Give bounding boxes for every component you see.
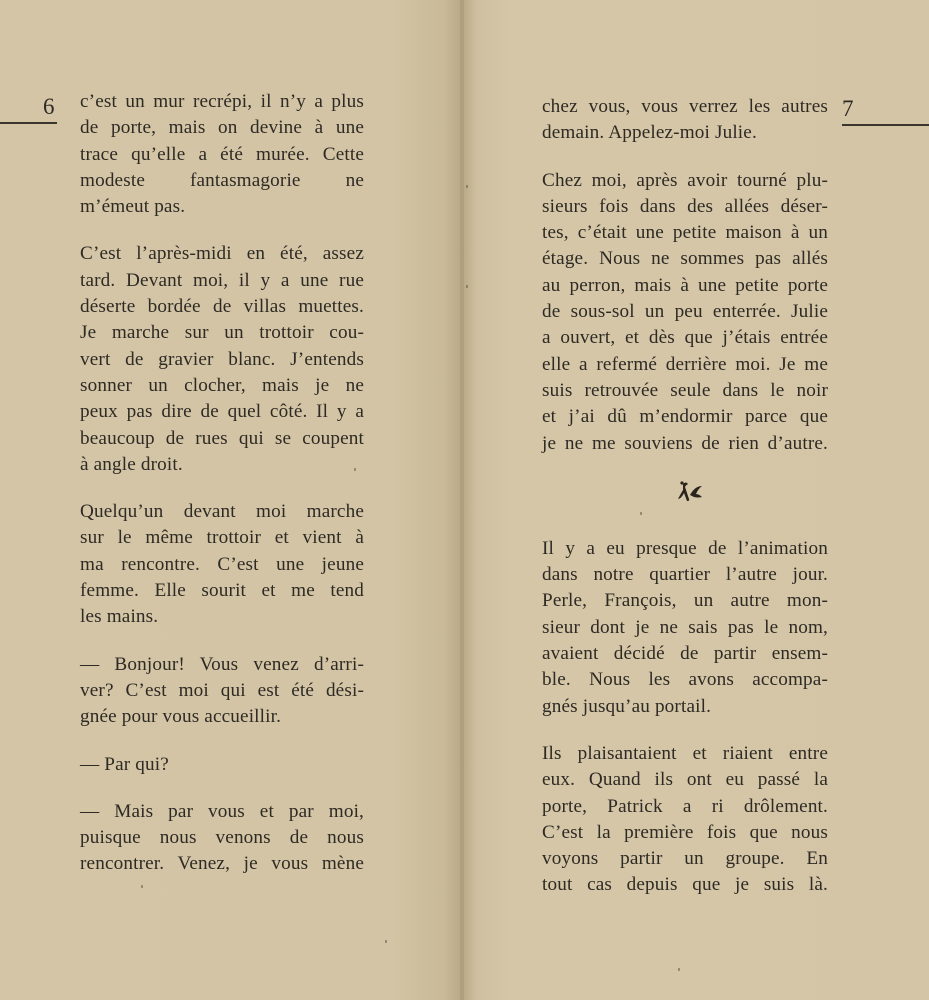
- text-line: et j’ai dû m’endormir parce que: [542, 404, 828, 430]
- text-line: ma rencontre. C’est une jeune: [80, 552, 364, 578]
- text-line: beaucoup de rues qui se coupent: [80, 426, 364, 452]
- paper-speck: [354, 468, 356, 471]
- text-line: Ils plaisantaient et riaient entre: [542, 741, 828, 767]
- text-line: Chez moi, après avoir tourné plu-: [542, 168, 828, 194]
- text-line: eux. Quand ils ont eu passé la: [542, 767, 828, 793]
- paper-speck: [640, 512, 642, 515]
- text-line: modeste fantasmagorie ne: [80, 168, 364, 194]
- text-line: sur le même trottoir et vient à: [80, 525, 364, 551]
- paragraph: — Bonjour! Vous venez d’arri- ver? C’est…: [80, 652, 364, 731]
- left-page-text: c’est un mur recrépi, il n’y a plus de p…: [80, 89, 364, 899]
- text-line: puisque nous venons de nous: [80, 825, 364, 851]
- paragraph: — Par qui?: [80, 752, 364, 778]
- text-line: voyons partir un groupe. En: [542, 846, 828, 872]
- text-line: demain. Appelez-moi Julie.: [542, 120, 828, 146]
- text-line: gnée pour vous accueillir.: [80, 704, 364, 730]
- text-line: — Par qui?: [80, 752, 364, 778]
- text-line: sonner un clocher, mais je ne: [80, 373, 364, 399]
- folio-rule-right: [842, 124, 929, 126]
- text-line: Perle, François, un autre mon-: [542, 588, 828, 614]
- paper-speck: [466, 185, 468, 188]
- text-line: étage. Nous ne sommes pas allés: [542, 246, 828, 272]
- text-line: ble. Nous les avons accompa-: [542, 667, 828, 693]
- paragraph: Chez moi, après avoir tourné plu- sieurs…: [542, 168, 828, 457]
- paper-speck: [678, 968, 680, 971]
- text-line: sieur dont je ne sais pas le nom,: [542, 615, 828, 641]
- paper-speck: [141, 885, 143, 888]
- fleuron-ornament-icon: [675, 480, 705, 508]
- folio-rule-left: [0, 122, 57, 124]
- text-line: ver? C’est moi qui est été dési-: [80, 678, 364, 704]
- text-line: vert de gravier blanc. J’entends: [80, 347, 364, 373]
- paper-speck: [385, 940, 387, 943]
- text-line: chez vous, vous verrez les autres: [542, 94, 828, 120]
- page-number-right: 7: [842, 97, 854, 120]
- paragraph: chez vous, vous verrez les autres demain…: [542, 94, 828, 147]
- paragraph: C’est l’après-midi en été, assez tard. D…: [80, 241, 364, 478]
- paper-speck: [466, 285, 468, 288]
- text-line: peux pas dire de quel côté. Il y a: [80, 399, 364, 425]
- text-line: tard. Devant moi, il y a une rue: [80, 268, 364, 294]
- text-line: je ne me souviens de rien d’autre.: [542, 431, 828, 457]
- text-line: à angle droit.: [80, 452, 364, 478]
- text-line: trace qu’elle a été murée. Cette: [80, 142, 364, 168]
- text-line: déserte bordée de villas muettes.: [80, 294, 364, 320]
- text-line: Quelqu’un devant moi marche: [80, 499, 364, 525]
- text-line: sieurs fois dans des allées déser-: [542, 194, 828, 220]
- paragraph: Quelqu’un devant moi marche sur le même …: [80, 499, 364, 630]
- paragraph: c’est un mur recrépi, il n’y a plus de p…: [80, 89, 364, 220]
- text-line: Il y a eu presque de l’animation: [542, 536, 828, 562]
- text-line: femme. Elle sourit et me tend: [80, 578, 364, 604]
- text-line: les mains.: [80, 604, 364, 630]
- text-line: dans notre quartier l’autre jour.: [542, 562, 828, 588]
- text-line: gnés jusqu’au portail.: [542, 694, 828, 720]
- text-line: — Bonjour! Vous venez d’arri-: [80, 652, 364, 678]
- paragraph: Ils plaisantaient et riaient entre eux. …: [542, 741, 828, 899]
- text-line: avaient décidé de partir ensem-: [542, 641, 828, 667]
- text-line: suis retrouvée seule dans le noir: [542, 378, 828, 404]
- text-line: porte, Patrick a ri drôlement.: [542, 794, 828, 820]
- text-line: a ouvert, et dès que j’étais entrée: [542, 325, 828, 351]
- text-line: m’émeut pas.: [80, 194, 364, 220]
- text-line: tes, c’était une petite maison à un: [542, 220, 828, 246]
- text-line: de porte, mais on devine à une: [80, 115, 364, 141]
- text-line: elle a refermé derrière moi. Je me: [542, 352, 828, 378]
- text-line: tout cas depuis que je suis là.: [542, 872, 828, 898]
- text-line: — Mais par vous et par moi,: [80, 799, 364, 825]
- text-line: Je marche sur un trottoir cou-: [80, 320, 364, 346]
- page-number-left: 6: [43, 95, 55, 118]
- text-line: rencontrer. Venez, je vous mène: [80, 851, 364, 877]
- gutter-fold: [460, 0, 464, 1000]
- text-line: C’est la première fois que nous: [542, 820, 828, 846]
- text-line: de sous-sol un peu enterrée. Julie: [542, 299, 828, 325]
- text-line: au perron, mais à une petite porte: [542, 273, 828, 299]
- book-spread: 6 7 c’est un mur recrépi, il n’y a plus …: [0, 0, 929, 1000]
- paragraph: Il y a eu presque de l’animation dans no…: [542, 536, 828, 720]
- paragraph: — Mais par vous et par moi, puisque nous…: [80, 799, 364, 878]
- text-line: c’est un mur recrépi, il n’y a plus: [80, 89, 364, 115]
- text-line: C’est l’après-midi en été, assez: [80, 241, 364, 267]
